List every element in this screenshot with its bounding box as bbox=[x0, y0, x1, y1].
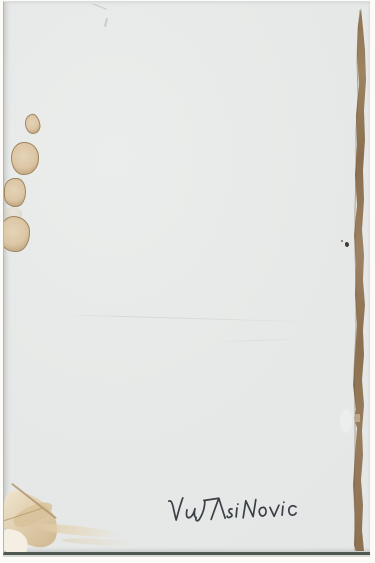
crease-line bbox=[62, 314, 324, 322]
scratch-mark bbox=[104, 18, 108, 27]
ink-speck-dot bbox=[341, 240, 343, 242]
coffee-stain-3 bbox=[4, 178, 26, 207]
scratch-mark bbox=[92, 3, 106, 10]
coffee-stain-1 bbox=[23, 112, 42, 135]
crease-line bbox=[214, 338, 304, 342]
coffee-stain-4 bbox=[3, 216, 30, 252]
signature-strokes bbox=[166, 491, 303, 529]
paper-sheet: Vujasinovic bbox=[3, 1, 370, 555]
torn-tape-edge bbox=[345, 0, 373, 551]
coffee-stain-2 bbox=[11, 142, 39, 175]
photo-artwork-back: Vujasinovic bbox=[0, 0, 375, 563]
artist-signature: Vujasinovic bbox=[166, 491, 303, 529]
corner-damage-streak bbox=[62, 537, 136, 547]
